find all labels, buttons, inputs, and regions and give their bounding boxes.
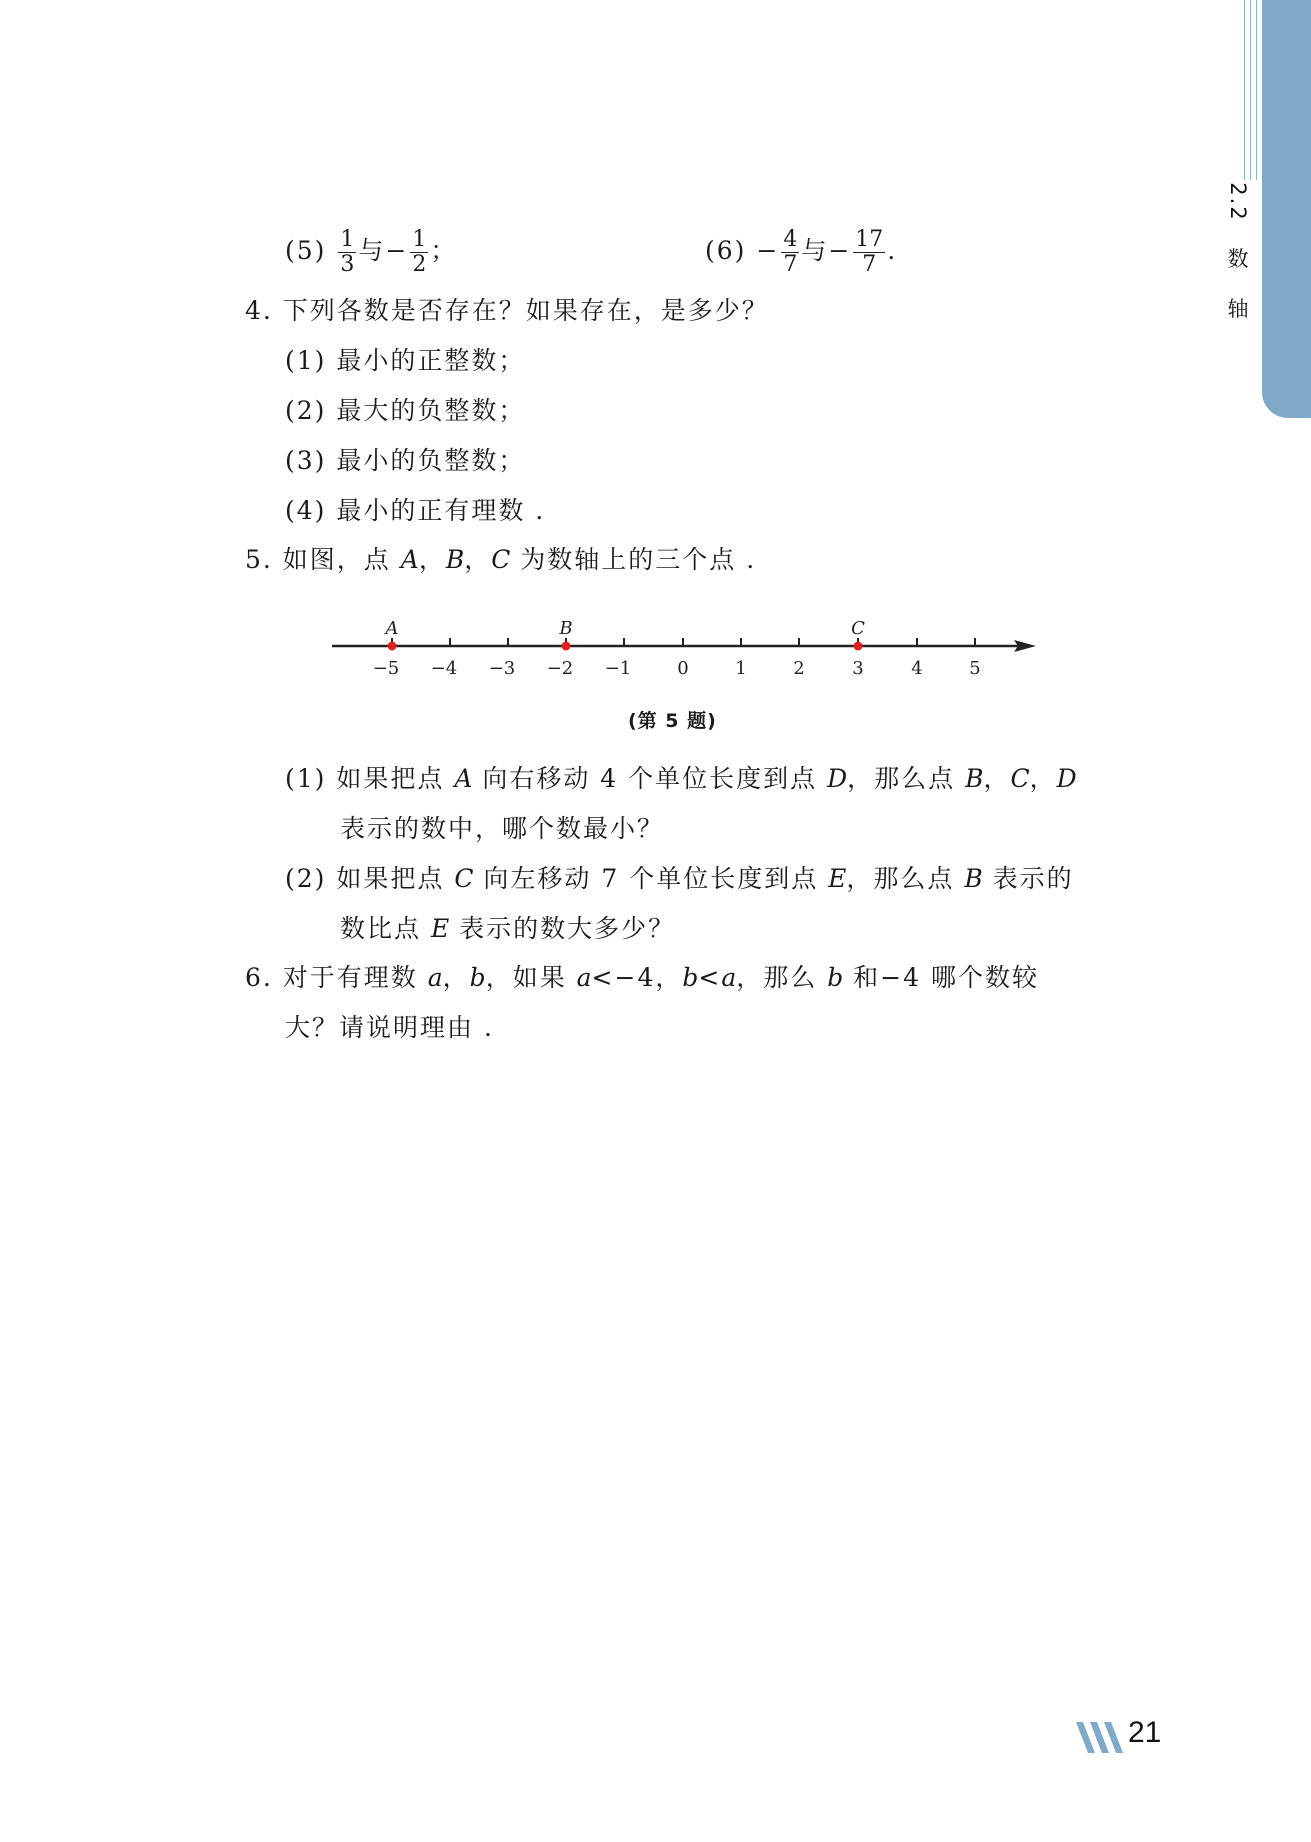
variable: b xyxy=(682,963,698,992)
punct: ， xyxy=(983,764,1010,793)
section-title-char: 轴 xyxy=(1218,293,1258,323)
numerator: 4 xyxy=(781,228,799,253)
q4-item: (1) 最小的正整数； xyxy=(285,346,525,376)
section-title-char: 数 xyxy=(1218,243,1258,273)
fraction: 47 xyxy=(781,228,799,277)
svg-text:0: 0 xyxy=(677,658,688,679)
q4-stem: 4. 下列各数是否存在？如果存在，是多少？ xyxy=(245,296,769,326)
text: 5. 如图，点 xyxy=(245,545,401,574)
punct: ， xyxy=(419,545,446,574)
svg-text:1: 1 xyxy=(735,658,746,679)
inequality: < xyxy=(698,963,721,992)
q3-item-5: (5) 13与−12； xyxy=(285,228,457,277)
q4-item: (2) 最大的负整数； xyxy=(285,396,525,426)
svg-text:A: A xyxy=(384,618,399,639)
denominator: 7 xyxy=(783,253,797,277)
text: 向左移动 7 个单位长度到点 xyxy=(473,864,828,893)
point-label: E xyxy=(828,864,846,893)
figure-caption: (第 5 题) xyxy=(628,706,717,733)
text: (1) 如果把点 xyxy=(285,764,454,793)
punct: ； xyxy=(430,236,457,265)
text: ，那么点 xyxy=(846,864,964,893)
section-number: 2.2 xyxy=(1226,182,1250,222)
q6-line-1: 6. 对于有理数 a，b，如果 a<−4，b<a，那么 b 和−4 哪个数较 xyxy=(245,963,1039,993)
fraction: 13 xyxy=(338,228,356,277)
punct: ， xyxy=(443,963,470,992)
connector: 与− xyxy=(358,236,408,265)
q4-item: (4) 最小的正有理数 . xyxy=(285,496,545,526)
text: 数比点 xyxy=(340,914,431,943)
point-label: C xyxy=(454,864,473,893)
denominator: 7 xyxy=(862,253,876,277)
text: ，那么 xyxy=(736,963,827,992)
q5-part-2-line-2: 数比点 E 表示的数大多少？ xyxy=(340,914,675,944)
item-label: (5) xyxy=(285,236,326,265)
point-label: A xyxy=(401,545,419,574)
q6-line-2: 大？请说明理由 . xyxy=(285,1013,494,1043)
punct: . xyxy=(887,236,897,265)
variable: a xyxy=(428,963,443,992)
q5-part-1-line-1: (1) 如果把点 A 向右移动 4 个单位长度到点 D，那么点 B，C，D xyxy=(285,764,1077,794)
variable: b xyxy=(827,963,843,992)
item-label: (6) xyxy=(705,236,746,265)
svg-text:−4: −4 xyxy=(431,658,458,679)
minus-sign: − xyxy=(756,236,779,265)
svg-text:2: 2 xyxy=(793,658,804,679)
denominator: 2 xyxy=(412,253,426,277)
inequality: <−4， xyxy=(592,963,683,992)
numerator: 1 xyxy=(410,228,428,253)
connector: 与− xyxy=(801,236,851,265)
decorative-line xyxy=(1250,0,1251,180)
text: 向右移动 4 个单位长度到点 xyxy=(472,764,827,793)
point-label: B xyxy=(964,864,982,893)
variable: a xyxy=(577,963,592,992)
text: 和−4 哪个数较 xyxy=(843,963,1039,992)
numerator: 17 xyxy=(853,228,885,253)
svg-text:−5: −5 xyxy=(373,658,400,679)
fraction: 177 xyxy=(853,228,885,277)
text: 为数轴上的三个点 . xyxy=(510,545,756,574)
chapter-side-tab xyxy=(1262,0,1311,418)
decorative-line xyxy=(1256,0,1257,180)
fraction: 12 xyxy=(410,228,428,277)
text: 表示的数大多少？ xyxy=(449,914,675,943)
q5-part-2-line-1: (2) 如果把点 C 向左移动 7 个单位长度到点 E，那么点 B 表示的 xyxy=(285,864,1074,894)
point-label: B xyxy=(446,545,464,574)
decorative-line xyxy=(1244,0,1245,180)
svg-text:5: 5 xyxy=(969,658,980,679)
numerator: 1 xyxy=(338,228,356,253)
q5-stem: 5. 如图，点 A，B，C 为数轴上的三个点 . xyxy=(245,545,756,575)
svg-text:−2: −2 xyxy=(547,658,574,679)
q4-item: (3) 最小的负整数； xyxy=(285,446,525,476)
text: (2) 如果把点 xyxy=(285,864,454,893)
text: ，那么点 xyxy=(847,764,965,793)
svg-text:4: 4 xyxy=(911,658,922,679)
svg-text:B: B xyxy=(558,618,572,639)
punct: ， xyxy=(1030,764,1057,793)
text: ，如果 xyxy=(486,963,577,992)
punct: ， xyxy=(464,545,491,574)
point-label: B xyxy=(965,764,983,793)
svg-text:−3: −3 xyxy=(489,658,516,679)
point-label: D xyxy=(827,764,847,793)
page-stripes-icon xyxy=(1076,1722,1126,1754)
point-label: D xyxy=(1057,764,1077,793)
svg-text:−1: −1 xyxy=(605,658,632,679)
svg-text:3: 3 xyxy=(852,658,863,679)
point-label: C xyxy=(491,545,510,574)
denominator: 3 xyxy=(340,253,354,277)
variable: b xyxy=(470,963,486,992)
point-label: A xyxy=(454,764,472,793)
svg-text:C: C xyxy=(851,618,865,639)
variable: a xyxy=(721,963,736,992)
number-line-figure: ABC −5−4−3−2−1 012345 xyxy=(320,605,1040,695)
text: 表示的 xyxy=(983,864,1074,893)
point-label: C xyxy=(1010,764,1029,793)
page-number: 21 xyxy=(1128,1716,1161,1750)
q3-item-6: (6) −47与−177. xyxy=(705,228,897,277)
q5-part-1-line-2: 表示的数中，哪个数最小？ xyxy=(340,814,664,844)
point-label: E xyxy=(431,914,449,943)
text: 6. 对于有理数 xyxy=(245,963,428,992)
